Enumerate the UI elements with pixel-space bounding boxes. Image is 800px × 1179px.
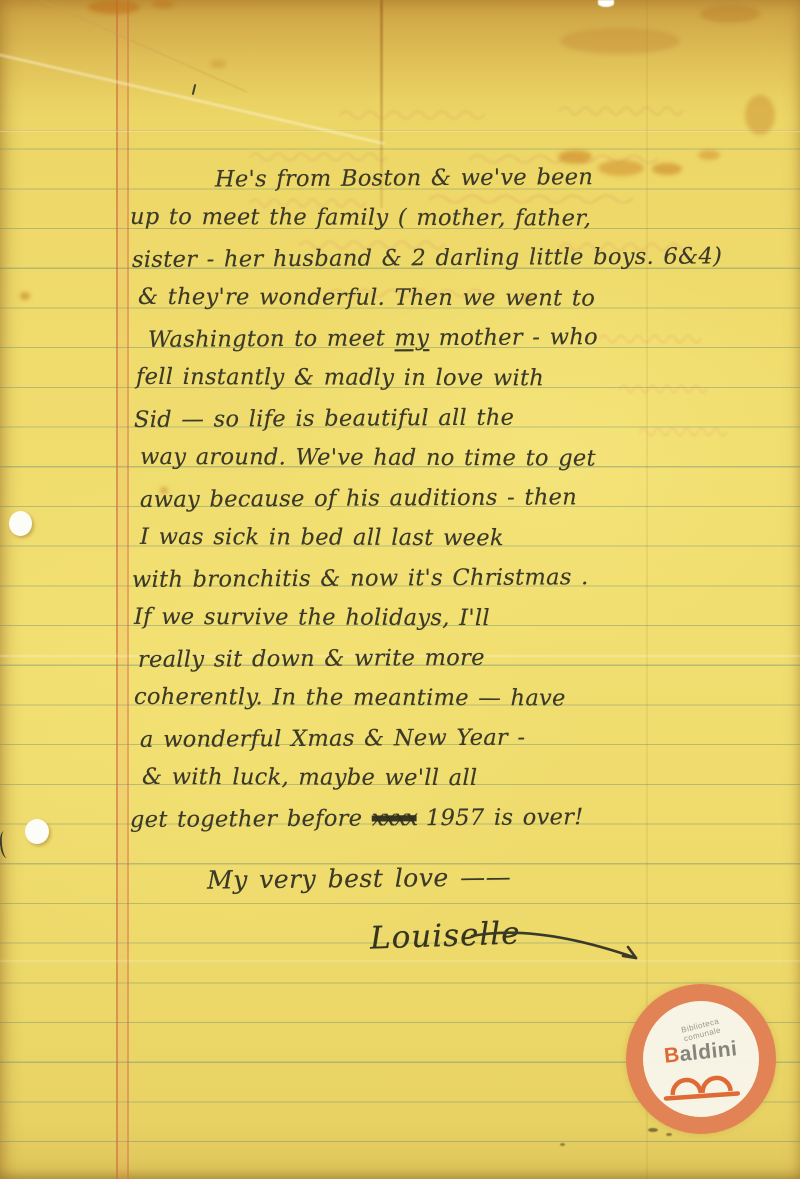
- handwriting-segment: get together before: [130, 806, 372, 833]
- handwriting-line: really sit down & write more: [130, 636, 780, 680]
- handwriting-segment: really sit down & write more: [138, 645, 485, 673]
- handwriting-line: coherently. In the meantime — have: [130, 677, 780, 719]
- handwriting-line: He's from Boston & we've been: [130, 156, 780, 200]
- handwriting-line: & they're wonderful. Then we went to: [130, 277, 780, 319]
- handwriting-segment: away because of his auditions - then: [140, 484, 577, 513]
- handwriting-segment: & with luck, maybe we'll all: [142, 764, 477, 791]
- handwriting-segment: sister - her husband & 2 darling little …: [132, 243, 722, 273]
- handwriting-line: & with luck, maybe we'll all: [130, 757, 780, 799]
- handwriting-line: with bronchitis & now it's Christmas .: [130, 556, 780, 600]
- handwriting-line: fell instantly & madly in love with: [130, 357, 780, 399]
- letter-page: He's from Boston & we've beenup to meet …: [0, 0, 800, 1179]
- handwriting-segment: Sid — so life is beautiful all the: [134, 405, 514, 433]
- handwriting-segment: mother - who: [429, 324, 598, 351]
- handwriting-line: up to meet the family ( mother, father,: [130, 197, 780, 239]
- ink-speck: [666, 1133, 672, 1136]
- stamp-name: Baldini: [663, 1037, 739, 1069]
- handwriting-segment: If we survive the holidays, I'll: [134, 604, 490, 631]
- handwriting-line: way around. We've had no time to get: [130, 437, 780, 479]
- paper-stain: [700, 5, 760, 23]
- paper-stain: [88, 0, 140, 14]
- handwriting-segment: way around. We've had no time to get: [140, 444, 596, 472]
- handwriting-line: Sid — so life is beautiful all the: [130, 396, 780, 440]
- punch-hole: [25, 819, 49, 844]
- handwriting-line: a wonderful Xmas & New Year -: [130, 716, 780, 760]
- paper-stain: [560, 28, 680, 54]
- handwriting-segment: He's from Boston & we've been: [215, 164, 593, 192]
- handwriting-segment: a wonderful Xmas & New Year -: [140, 725, 526, 753]
- letter-body: He's from Boston & we've beenup to meet …: [130, 158, 780, 838]
- handwriting-segment: up to meet the family ( mother, father,: [130, 204, 591, 232]
- handwriting-segment: with bronchitis & now it's Christmas .: [132, 564, 589, 593]
- punch-hole: [9, 511, 32, 536]
- handwriting-segment: coherently. In the meantime — have: [134, 684, 566, 712]
- paper-stain: [210, 60, 226, 68]
- handwriting-segment: Washington to meet: [148, 325, 395, 353]
- handwriting-segment: 1957 is over!: [416, 804, 583, 831]
- handwriting-line: If we survive the holidays, I'll: [130, 597, 780, 639]
- signature-arrow-flourish: [462, 922, 657, 974]
- handwriting-line: get together before xxxx 1957 is over!: [130, 796, 780, 840]
- closing-line: My very best love ——: [207, 862, 511, 894]
- ink-speck: [648, 1128, 658, 1132]
- handwriting-line: I was sick in bed all last week: [130, 517, 780, 559]
- handwriting-line: away because of his auditions - then: [130, 476, 780, 520]
- paper-edge-nick: [598, 0, 614, 7]
- paper-stain: [152, 0, 174, 8]
- handwriting-segment: I was sick in bed all last week: [140, 524, 504, 551]
- handwriting-line: Washington to meet my mother - who: [130, 316, 780, 360]
- handwriting-underlined-segment: my: [394, 325, 429, 351]
- handwriting-segment: fell instantly & madly in love with: [136, 364, 544, 391]
- paper-crease: [0, 960, 800, 962]
- ink-speck: [560, 1143, 565, 1146]
- handwriting-segment: & they're wonderful. Then we went to: [138, 284, 595, 312]
- handwriting-struck-segment: xxxx: [372, 805, 417, 831]
- stamp-name-rest: aldini: [679, 1037, 739, 1066]
- library-stamp: Biblioteca comunale Baldini: [626, 984, 776, 1134]
- handwriting-line: sister - her husband & 2 darling little …: [130, 236, 780, 280]
- open-book-icon: [661, 1064, 741, 1101]
